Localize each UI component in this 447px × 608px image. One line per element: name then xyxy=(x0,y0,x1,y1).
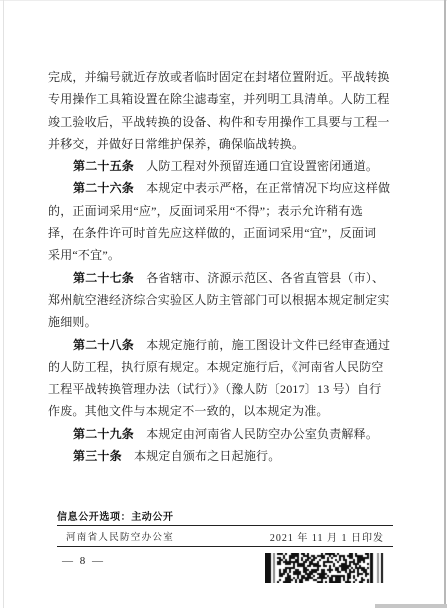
barcode-icon xyxy=(265,553,385,583)
text-line: 择，在条件许可时首先应这样做的，正面词采用“宜”，反面词 xyxy=(48,222,391,244)
article-number: 第二十八条 xyxy=(73,338,134,352)
text-line: 专用操作工具箱设置在除尘滤毒室，并列明工具清单。人防工程 xyxy=(48,88,391,110)
text-line: 第二十八条 本规定施行前，施工图设计文件已经审查通过 xyxy=(48,334,391,356)
text-line: 的，正面词采用“应”，反面词采用“不得”；表示允许稍有选 xyxy=(48,200,391,222)
text-line: 第二十九条 本规定由河南省人民防空办公室负责解释。 xyxy=(48,423,391,445)
document-body: 完成，并编号就近存放或者临时固定在封堵位置附近。平战转换专用操作工具箱设置在除尘… xyxy=(48,66,391,467)
scan-edge-right xyxy=(444,0,446,608)
text-line: 工程平战转换管理办法（试行）》（豫人防〔2017〕13 号）自行 xyxy=(48,378,391,400)
article-number: 第二十九条 xyxy=(73,427,134,441)
text-line: 的人防工程，执行原有规定。本规定施行后，《河南省人民防空 xyxy=(48,356,391,378)
text-line: 竣工验收后，平战转换的设备、构件和专用操作工具要与工程一 xyxy=(48,111,391,133)
document-page: 完成，并编号就近存放或者临时固定在封堵位置附近。平战转换专用操作工具箱设置在除尘… xyxy=(0,0,447,608)
text-line: 第二十六条 本规定中表示严格，在正常情况下均应这样做 xyxy=(48,177,391,199)
publicity-option-label: 信息公开选项：主动公开 xyxy=(57,508,174,523)
text-line: 完成，并编号就近存放或者临时固定在封堵位置附近。平战转换 xyxy=(48,66,391,88)
issuer-name: 河南省人民防空办公室 xyxy=(66,529,174,543)
print-date: 2021 年 11 月 1 日印发 xyxy=(270,529,384,544)
text-line: 第二十五条 人防工程对外预留连通口宜设置密闭通道。 xyxy=(48,155,391,177)
text-line: 作废。其他文件与本规定不一致的，以本规定为准。 xyxy=(48,400,391,422)
text-line: 并移交，并做好日常维护保养，确保临战转换。 xyxy=(48,133,391,155)
scan-edge-left xyxy=(3,0,4,608)
text-line: 第三十条 本规定自颁布之日起施行。 xyxy=(48,445,391,467)
article-number: 第二十五条 xyxy=(73,159,134,173)
text-line: 第二十七条 各省辖市、济源示范区、各省直管县（市）、 xyxy=(48,267,391,289)
text-line: 郑州航空港经济综合实验区人防主管部门可以根据本规定制定实 xyxy=(48,289,391,311)
issuer-table: 河南省人民防空办公室 2021 年 11 月 1 日印发 xyxy=(57,525,393,547)
scan-edge-bottom xyxy=(375,604,447,608)
scan-edge-top xyxy=(0,0,447,1)
article-number: 第二十七条 xyxy=(73,271,134,285)
page-number: — 8 — xyxy=(62,555,105,567)
article-number: 第二十六条 xyxy=(73,181,134,195)
article-number: 第三十条 xyxy=(73,449,122,463)
text-line: 采用“不宜”。 xyxy=(48,244,391,266)
text-line: 施细则。 xyxy=(48,311,391,333)
